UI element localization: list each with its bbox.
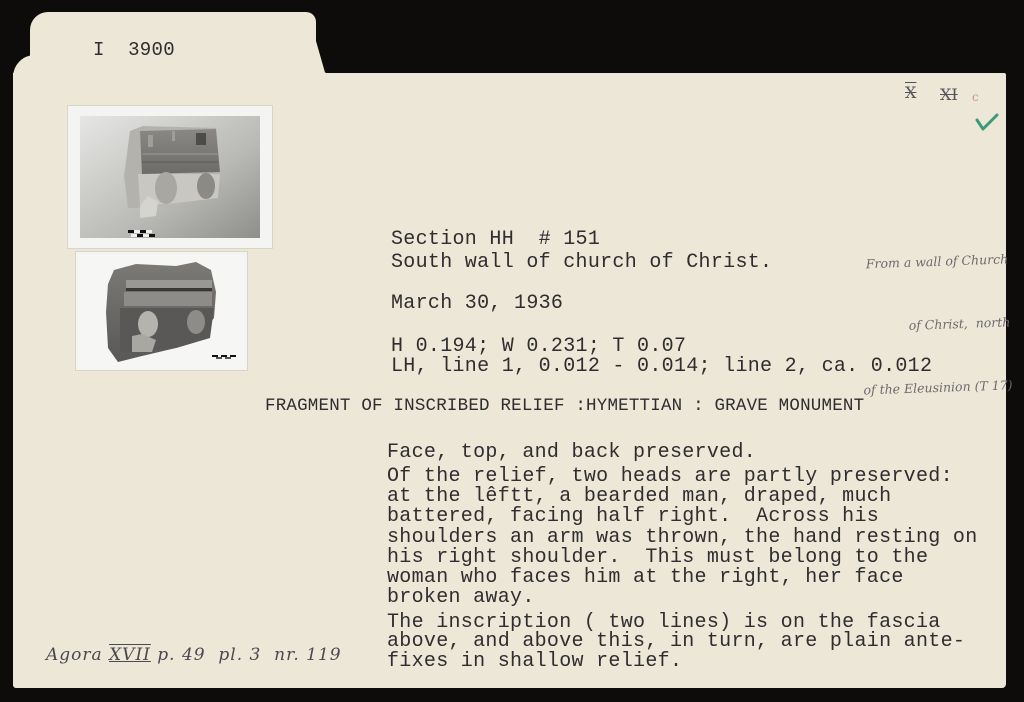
photo-oblique-view xyxy=(68,106,272,248)
description-line: fixes in shallow relief. xyxy=(387,652,682,672)
reference-pages: p. 49 pl. 3 nr. 119 xyxy=(151,645,342,665)
photo-frontal-view xyxy=(76,252,247,370)
description-line: woman who faces him at the right, her fa… xyxy=(387,568,904,588)
description-line: at the lêftt, a bearded man, draped, muc… xyxy=(387,487,891,507)
inventory-number: I 3900 xyxy=(93,40,175,60)
description-line: battered, facing half right. Across his xyxy=(387,507,879,527)
pencil-note-line: of Christ, north xyxy=(800,311,1011,339)
description-line: Face, top, and back preserved. xyxy=(387,443,756,463)
description-line: shoulders an arm was thrown, the hand re… xyxy=(387,528,978,548)
reference-prefix: Agora xyxy=(46,645,109,665)
letter-heights: LH, line 1, 0.012 - 0.014; line 2, ca. 0… xyxy=(391,357,932,377)
relief-photo-image xyxy=(76,252,247,370)
object-heading: FRAGMENT OF INSCRIBED RELIEF :HYMETTIAN … xyxy=(265,396,864,416)
description-line: Of the relief, two heads are partly pres… xyxy=(387,467,953,487)
dimensions: H 0.194; W 0.231; T 0.07 xyxy=(391,337,686,357)
reference-volume: XVII xyxy=(109,645,151,665)
section-number: Section HH # 151 xyxy=(391,230,600,250)
description-line: broken away. xyxy=(387,588,535,608)
find-date: March 30, 1936 xyxy=(391,294,563,314)
publication-reference: Agora XVII p. 49 pl. 3 nr. 119 xyxy=(46,645,342,665)
description-line: above, and above this, in turn, are plai… xyxy=(387,632,965,652)
roman-numeral-mark: XI xyxy=(940,85,958,104)
pencil-provenance-note: From a wall of Church of Christ, north o… xyxy=(796,206,1013,423)
pink-pencil-mark: c xyxy=(972,90,979,104)
relief-photo-image xyxy=(68,106,272,248)
description-line: his right shoulder. This must belong to … xyxy=(387,548,928,568)
pencil-note-line: From a wall of Church xyxy=(798,248,1009,276)
checkmark-icon xyxy=(975,112,999,132)
findspot: South wall of church of Christ. xyxy=(391,253,772,273)
roman-numeral-mark: X xyxy=(905,83,916,102)
